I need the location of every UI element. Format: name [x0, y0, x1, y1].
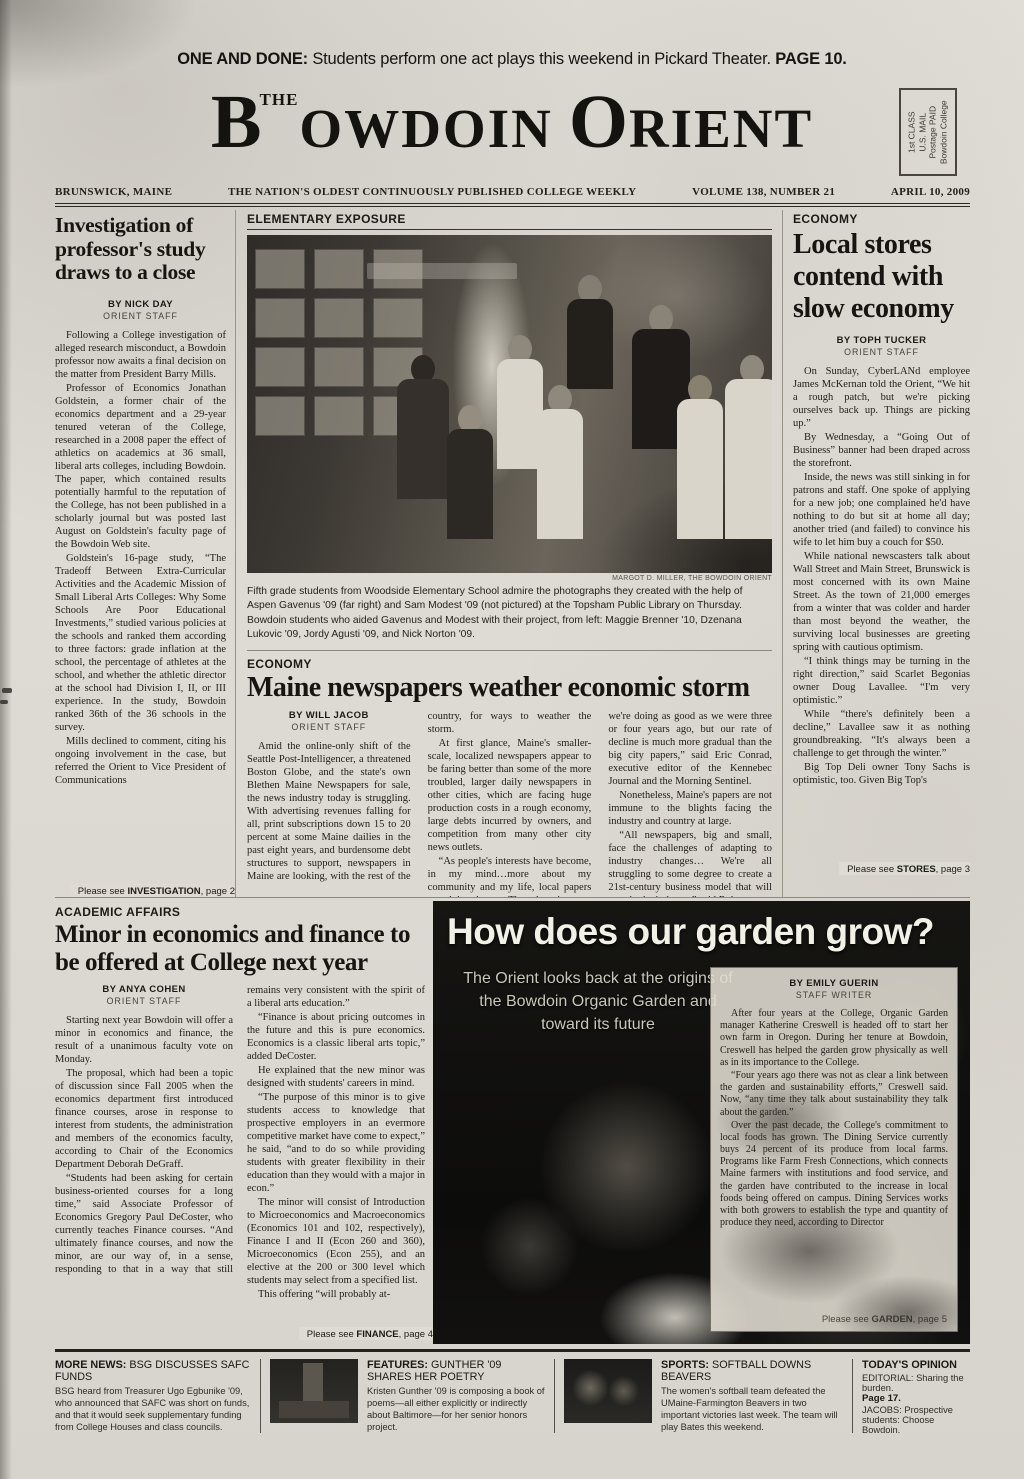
stores-byline: BY TOPH TUCKER	[793, 335, 970, 346]
person-figure	[567, 275, 613, 389]
newspapers-kicker: ECONOMY	[247, 657, 772, 671]
stores-kicker: ECONOMY	[793, 212, 970, 226]
stamp-line: 1st CLASS	[907, 100, 918, 164]
paragraph: “Finance is about pricing outcomes in th…	[247, 1011, 425, 1063]
scan-artifact	[2, 688, 12, 693]
folio-city: BRUNSWICK, MAINE	[55, 186, 172, 198]
paragraph: Following a College investigation of all…	[55, 329, 226, 381]
paragraph: Nonetheless, Maine's papers are not immu…	[608, 789, 772, 828]
masthead-the: THE	[260, 90, 299, 110]
paragraph: While national newscasters talk about Wa…	[793, 550, 970, 654]
index-bar: MORE NEWS: BSG DISCUSSES SAFC FUNDS BSG …	[55, 1349, 970, 1433]
investigation-continuation: Please see INVESTIGATION, page 2	[70, 884, 235, 897]
garden-byline: BY EMILY GUERIN	[720, 978, 948, 989]
person-figure	[677, 375, 723, 539]
article-investigation: Investigation of professor's study draws…	[55, 210, 236, 897]
paragraph: Big Top Deli owner Tony Sachs is optimis…	[793, 761, 970, 787]
garden-byline-role: STAFF WRITER	[720, 990, 948, 1000]
investigation-byline: BY NICK DAY	[55, 299, 226, 310]
person-figure	[397, 355, 449, 499]
paragraph: “All newspapers, big and small, face the…	[608, 829, 772, 897]
teaser-page-ref: PAGE 10.	[775, 50, 846, 68]
paragraph: Over the past decade, the College's comm…	[720, 1120, 948, 1230]
stores-headline: Local stores contend with slow economy	[793, 229, 970, 325]
garden-feature: How does our garden grow? The Orient loo…	[433, 901, 970, 1344]
index-more-news: MORE NEWS: BSG DISCUSSES SAFC FUNDS BSG …	[55, 1359, 251, 1433]
postage-stamp: 1st CLASS U.S. MAIL Postage PAID Bowdoin…	[899, 88, 957, 176]
person-figure	[725, 355, 772, 539]
finance-kicker: ACADEMIC AFFAIRS	[55, 905, 425, 919]
paragraph: This offering “will probably at-	[247, 1288, 425, 1301]
garden-continuation: Please see GARDEN, page 5	[822, 1314, 947, 1325]
index-sports: SPORTS: SOFTBALL DOWNS BEAVERS The women…	[661, 1359, 843, 1433]
newspapers-body: BY WILL JACOB ORIENT STAFF Amid the onli…	[247, 710, 772, 897]
index-features: FEATURES: GUNTHER '09 SHARES HER POETRY …	[367, 1359, 545, 1433]
paragraph: He explained that the new minor was desi…	[247, 1064, 425, 1090]
masthead-title: BTHEOWDOINORIENT	[0, 84, 1024, 160]
finance-continuation: Please see FINANCE, page 4	[299, 1327, 433, 1340]
teaser-lead: ONE AND DONE:	[177, 50, 308, 68]
article-stores: ECONOMY Local stores contend with slow e…	[783, 210, 970, 897]
stamp-line: Bowdoin College	[939, 100, 950, 164]
scan-artifact	[0, 700, 8, 704]
paragraph: Mills declined to comment, citing his on…	[55, 735, 226, 787]
teaser-text: Students perform one act plays this week…	[312, 50, 771, 68]
finance-body: BY ANYA COHEN ORIENT STAFF Starting next…	[55, 984, 425, 1314]
paragraph: “Four years ago there was not as clear a…	[720, 1070, 948, 1119]
investigation-headline: Investigation of professor's study draws…	[55, 214, 226, 285]
index-opinion: TODAY'S OPINION EDITORIAL: Sharing the b…	[862, 1359, 970, 1433]
folio-line: BRUNSWICK, MAINE THE NATION'S OLDEST CON…	[55, 186, 970, 207]
paragraph: The minor will consist of Introduction t…	[247, 1196, 425, 1287]
page-ref: Page 17.	[862, 1393, 970, 1404]
garden-headline: How does our garden grow?	[447, 911, 934, 953]
finance-byline: BY ANYA COHEN	[55, 984, 233, 995]
garden-article-inset: BY EMILY GUERIN STAFF WRITER After four …	[710, 967, 958, 1332]
stores-byline-role: ORIENT STAFF	[793, 347, 970, 357]
newspaper-front-page: ONE AND DONE: Students perform one act p…	[0, 0, 1024, 1479]
stamp-line: U.S. MAIL	[917, 100, 928, 164]
masthead-word: OWDOIN	[299, 98, 552, 159]
paragraph: Professor of Economics Jonathan Goldstei…	[55, 382, 226, 551]
photo-credit: MARGOT D. MILLER, THE BOWDOIN ORIENT	[247, 575, 772, 582]
newspapers-headline: Maine newspapers weather economic storm	[247, 673, 772, 702]
features-thumbnail-photo	[270, 1359, 358, 1423]
stores-continuation: Please see STORES, page 3	[839, 862, 970, 875]
paragraph: While “there's definitely been a decline…	[793, 708, 970, 760]
folio-motto: THE NATION'S OLDEST CONTINUOUSLY PUBLISH…	[228, 186, 636, 198]
paragraph: By Wednesday, a “Going Out of Business” …	[793, 431, 970, 470]
masthead-letter: B	[211, 80, 263, 164]
investigation-byline-role: ORIENT STAFF	[55, 311, 226, 321]
photo-caption: Fifth grade students from Woodside Eleme…	[247, 585, 772, 651]
paragraph: On Sunday, CyberLANd employee James McKe…	[793, 365, 970, 430]
paragraph: The proposal, which had been a topic of …	[55, 1067, 233, 1171]
newspapers-byline-role: ORIENT STAFF	[247, 722, 411, 732]
elementary-exposure-photo	[247, 235, 772, 573]
folio-date: APRIL 10, 2009	[891, 186, 970, 198]
folio-volume: VOLUME 138, NUMBER 21	[692, 186, 835, 198]
stamp-line: Postage PAID	[928, 100, 939, 164]
paragraph: “I think things may be turning in the ri…	[793, 655, 970, 707]
paragraph: At first glance, Maine's smaller-scale, …	[428, 737, 592, 854]
person-figure	[447, 405, 493, 539]
photo-kicker: ELEMENTARY EXPOSURE	[247, 212, 772, 230]
paragraph: After four years at the College, Organic…	[720, 1008, 948, 1069]
teaser-banner: ONE AND DONE: Students perform one act p…	[0, 50, 1024, 69]
photo-banner	[367, 263, 517, 279]
person-figure	[537, 385, 583, 539]
paragraph: Starting next year Bowdoin will offer a …	[55, 1014, 233, 1066]
masthead-letter: O	[569, 80, 629, 164]
sports-thumbnail-photo	[564, 1359, 652, 1423]
masthead-word: RIENT	[629, 98, 813, 159]
newspapers-byline: BY WILL JACOB	[247, 710, 411, 721]
article-finance: ACADEMIC AFFAIRS Minor in economics and …	[55, 901, 433, 1344]
paragraph: “The purpose of this minor is to give st…	[247, 1091, 425, 1195]
finance-byline-role: ORIENT STAFF	[55, 996, 233, 1006]
paragraph: Goldstein's 16-page study, “The Tradeoff…	[55, 552, 226, 734]
paragraph: Inside, the news was still sinking in fo…	[793, 471, 970, 549]
garden-subtitle: The Orient looks back at the origins of …	[457, 967, 739, 1037]
finance-headline: Minor in economics and finance to be off…	[55, 921, 425, 976]
